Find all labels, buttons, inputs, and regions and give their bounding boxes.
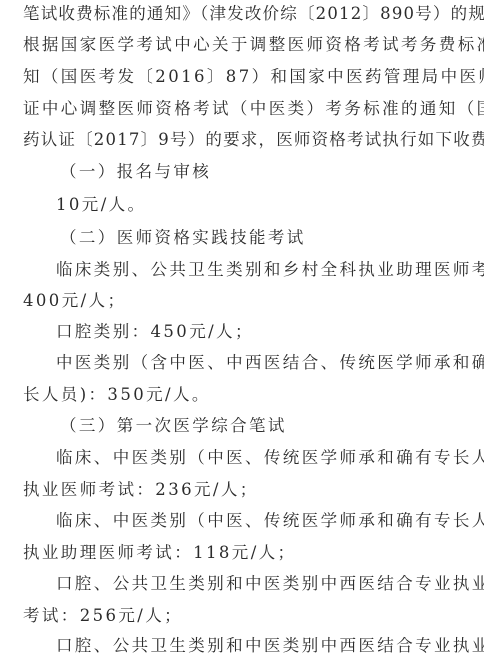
- text-line: 临床、中医类别（中医、传统医学师承和确有专长人员）: [56, 511, 474, 531]
- fee-line: 10元/人。: [56, 195, 474, 215]
- text-line: 口腔、公共卫生类别和中医类别中西医结合专业执业医师: [56, 574, 474, 594]
- text-line: 根据国家医学考试中心关于调整医师资格考试考务费标准的通: [23, 35, 474, 55]
- fee-line: 长人员)：350元/人。: [23, 385, 474, 405]
- section-heading-3: （三）第一次医学综合笔试: [60, 416, 474, 436]
- fee-line: 口腔类别：450元/人；: [56, 322, 474, 342]
- text-line: 口腔、公共卫生类别和中医类别中西医结合专业执业助理: [56, 636, 474, 656]
- section-heading-1: （一）报名与审核: [60, 162, 474, 182]
- text-line: 药认证〔2017〕9号）的要求，医师资格考试执行如下收费标准：: [23, 130, 474, 150]
- fee-line: 考试：256元/人；: [23, 606, 474, 626]
- fee-line: 执业医师考试：236元/人；: [23, 480, 474, 500]
- text-line: 临床、中医类别（中医、传统医学师承和确有专长人员）: [56, 448, 474, 468]
- fee-line: 400元/人；: [23, 291, 474, 311]
- text-line: 证中心调整医师资格考试（中医类）考务标准的通知（国中医: [23, 99, 474, 119]
- text-line: 知（国医考发〔2016〕87）和国家中医药管理局中医师资格认: [23, 67, 474, 87]
- text-line: 中医类别（含中医、中西医结合、传统医学师承和确有专: [56, 353, 474, 373]
- fee-line: 执业助理医师考试：118元/人；: [23, 543, 474, 563]
- text-line: 笔试收费标准的通知》（津发改价综〔2012〕890号）的规定，: [23, 4, 474, 24]
- document-page: 笔试收费标准的通知》（津发改价综〔2012〕890号）的规定， 根据国家医学考试…: [0, 0, 484, 659]
- text-line: 临床类别、公共卫生类别和乡村全科执业助理医师考试：: [56, 260, 474, 280]
- section-heading-2: （二）医师资格实践技能考试: [60, 228, 474, 248]
